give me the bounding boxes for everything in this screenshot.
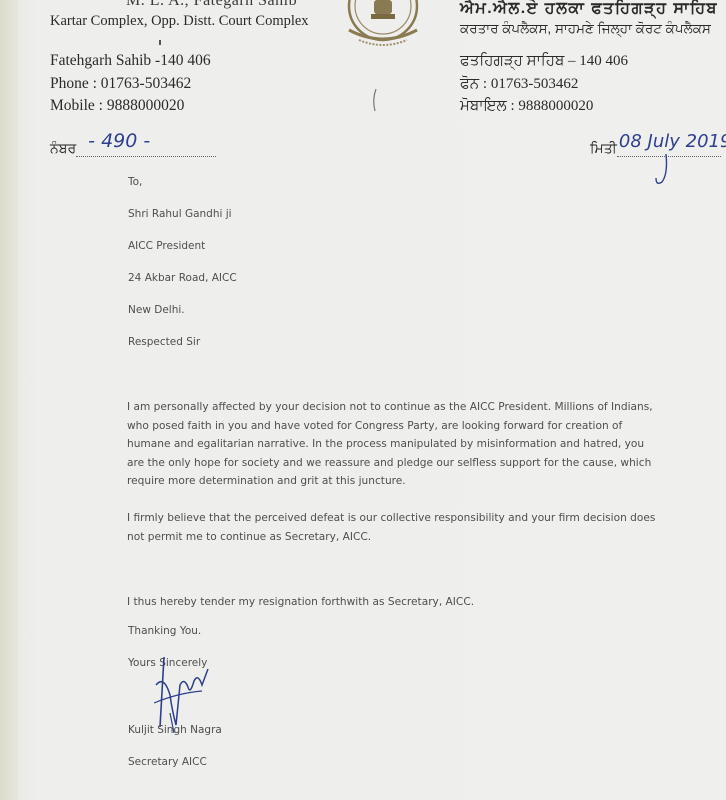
letterhead-phone-punjabi: ਫੋਨ : 01763-503462 <box>460 75 578 93</box>
signatory-name: Kuljit Singh Nagra <box>128 724 222 736</box>
letterhead-title-punjabi: ਐਮ.ਐਲ.ਏ ਹਲਕਾ ਫਤਹਿਗੜ੍ਹ ਸਾਹਿਬ <box>460 0 718 18</box>
letterhead-address-punjabi: ਕਰਤਾਰ ਕੰਪਲੈਕਸ, ਸਾਹਮਣੇ ਜਿਲ੍ਹਾ ਕੋਰਟ ਕੰਪਲੈਕ… <box>460 21 711 37</box>
date-label: ਮਿਤੀ <box>590 141 617 157</box>
letter-page: M. L. A., Fategarh Sahib Kartar Complex,… <box>0 0 726 800</box>
number-label: ਨੰਬਰ <box>50 141 76 157</box>
recipient-to: To, <box>128 176 142 188</box>
number-dotted-line: - 490 - <box>76 140 216 157</box>
letterhead-city-english: Fatehgarh Sahib -140 406 <box>50 52 211 70</box>
letterhead-address-english: Kartar Complex, Opp. Distt. Court Comple… <box>50 13 309 30</box>
date-value: 08 July 2019 <box>619 131 726 152</box>
letterhead-title-english: M. L. A., Fategarh Sahib <box>126 0 297 10</box>
letterhead-mobile-punjabi: ਮੋਬਾਇਲ : 9888000020 <box>460 97 593 115</box>
handwriting-flourish <box>650 152 674 186</box>
recipient-name: Shri Rahul Gandhi ji <box>128 208 232 220</box>
stray-mark <box>159 40 161 45</box>
number-value: - 490 - <box>88 130 150 152</box>
body-paragraph-1: I am personally affected by your decisio… <box>127 398 657 491</box>
body-paragraph-2: I firmly believe that the perceived defe… <box>127 509 657 546</box>
greeting: Respected Sir <box>128 336 200 348</box>
scan-edge <box>0 0 18 800</box>
reference-number-field: ਨੰਬਰ - 490 - <box>50 140 216 157</box>
body-paragraph-3: I thus hereby tender my resignation fort… <box>127 593 657 612</box>
state-emblem-icon <box>343 0 423 54</box>
pencil-mark <box>371 88 377 112</box>
letterhead-mobile-english: Mobile : 9888000020 <box>50 97 184 115</box>
recipient-designation: AICC President <box>128 240 205 252</box>
recipient-address: 24 Akbar Road, AICC <box>128 272 237 284</box>
letterhead-city-punjabi: ਫਤਹਿਗੜ੍ਹ ਸਾਹਿਬ – 140 406 <box>460 52 628 70</box>
signature-icon <box>150 655 220 735</box>
signatory-title: Secretary AICC <box>128 756 207 768</box>
letterhead-phone-english: Phone : 01763-503462 <box>50 75 191 93</box>
closing-thanks: Thanking You. <box>128 625 201 637</box>
recipient-city: New Delhi. <box>128 304 185 316</box>
